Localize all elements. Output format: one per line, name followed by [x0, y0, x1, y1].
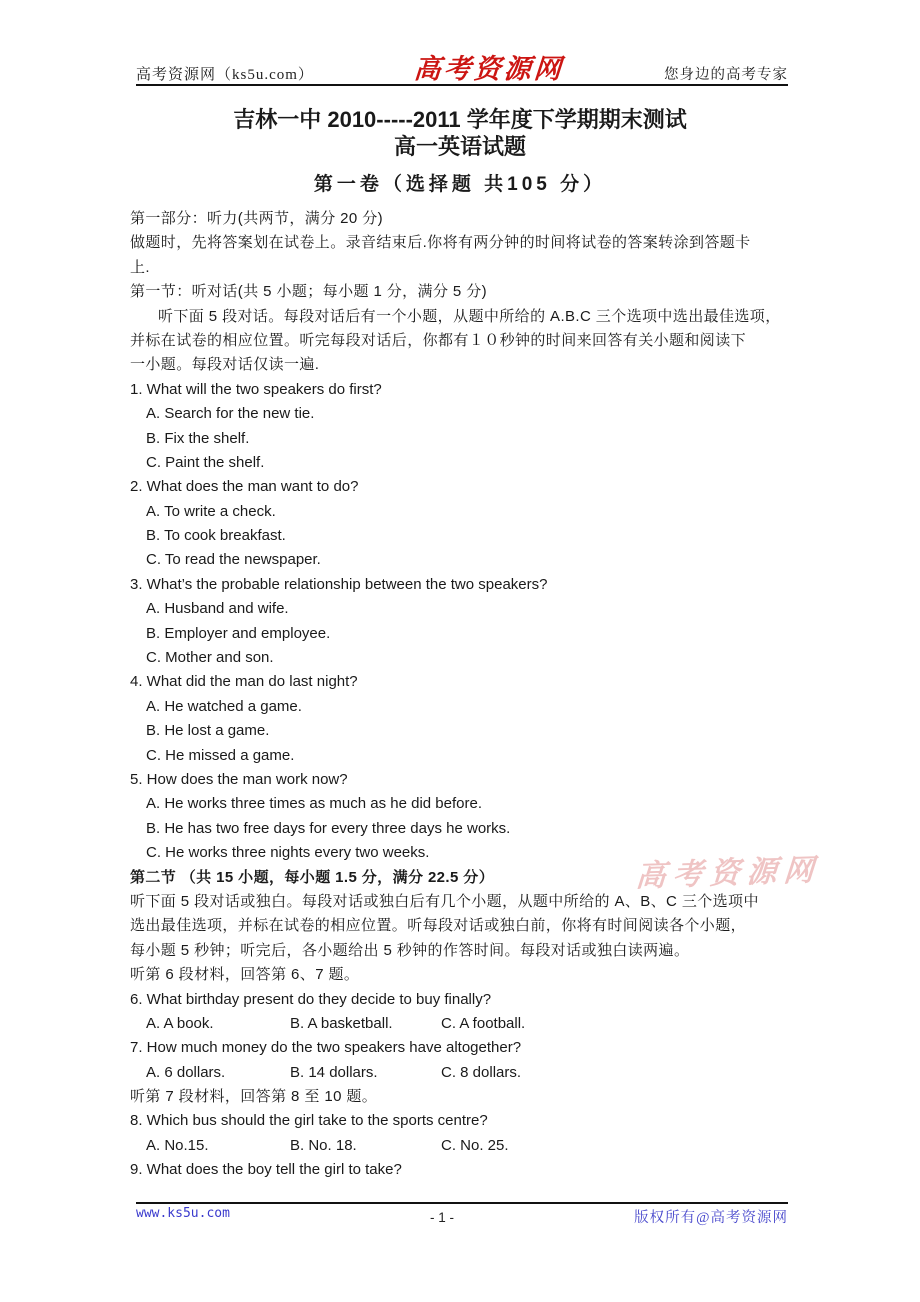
- text-line: 并标在试卷的相应位置。听完每段对话后，你都有１０秒钟的时间来回答有关小题和阅读下: [130, 329, 802, 353]
- option-line: B. Fix the shelf.: [130, 427, 802, 451]
- question-line: 4. What did the man do last night?: [130, 670, 802, 694]
- page-number: - 1 -: [430, 1210, 454, 1225]
- text-line: 听下面 5 段对话。每段对话后有一个小题，从题中所给的 A.B.C 三个选项中选…: [130, 305, 802, 329]
- text-line: 听下面 5 段对话或独白。每段对话或独白后有几个小题，从题中所给的 A、B、C …: [130, 890, 802, 914]
- option-item: B. 14 dollars.: [290, 1061, 441, 1085]
- text-line: 一小题。每段对话仅读一遍.: [130, 353, 802, 377]
- exam-title: 吉林一中 2010-----2011 学年度下学期期末测试: [0, 106, 920, 133]
- option-item: B. A basketball.: [290, 1012, 441, 1036]
- text-line: 第二节 （共 15 小题，每小题 1.5 分，满分 22.5 分）: [130, 866, 802, 890]
- option-item: B. No. 18.: [290, 1134, 441, 1158]
- option-line: B. He has two free days for every three …: [130, 817, 802, 841]
- text-line: 做题时，先将答案划在试卷上。录音结束后.你将有两分钟的时间将试卷的答案转涂到答题…: [130, 231, 802, 255]
- ks5u-logo: 高考资源网: [413, 47, 566, 86]
- option-line: B. Employer and employee.: [130, 622, 802, 646]
- title-block: 吉林一中 2010-----2011 学年度下学期期末测试 高一英语试题 第一卷…: [0, 106, 920, 196]
- option-line: A. To write a check.: [130, 500, 802, 524]
- option-line: C. He missed a game.: [130, 744, 802, 768]
- footer-copyright-link[interactable]: 版权所有@高考资源网: [634, 1206, 788, 1227]
- question-line: 2. What does the man want to do?: [130, 475, 802, 499]
- text-line: 第一部分：听力(共两节，满分 20 分): [130, 207, 802, 231]
- option-line: C. To read the newspaper.: [130, 548, 802, 572]
- header-slogan: 您身边的高考专家: [664, 63, 788, 84]
- options-row: A. 6 dollars.B. 14 dollars.C. 8 dollars.: [130, 1061, 802, 1085]
- page-footer: www.ks5u.com - 1 - 版权所有@高考资源网: [136, 1206, 788, 1227]
- question-line: 5. How does the man work now?: [130, 768, 802, 792]
- option-line: C. Paint the shelf.: [130, 451, 802, 475]
- question-line: 6. What birthday present do they decide …: [130, 988, 802, 1012]
- text-line: 听第 6 段材料，回答第 6、7 题。: [130, 963, 802, 987]
- options-row: A. A book.B. A basketball.C. A football.: [130, 1012, 802, 1036]
- option-item: C. No. 25.: [441, 1134, 509, 1158]
- options-row: A. No.15.B. No. 18.C. No. 25.: [130, 1134, 802, 1158]
- text-line: 听第 7 段材料，回答第 8 至 10 题。: [130, 1085, 802, 1109]
- option-item: A. 6 dollars.: [146, 1061, 290, 1085]
- question-line: 7. How much money do the two speakers ha…: [130, 1036, 802, 1060]
- option-line: B. He lost a game.: [130, 719, 802, 743]
- question-line: 3. What’s the probable relationship betw…: [130, 573, 802, 597]
- option-item: A. A book.: [146, 1012, 290, 1036]
- option-line: C. Mother and son.: [130, 646, 802, 670]
- option-item: C. 8 dollars.: [441, 1061, 521, 1085]
- text-line: 上.: [130, 256, 802, 280]
- option-line: A. He watched a game.: [130, 695, 802, 719]
- footer-divider: [136, 1202, 788, 1204]
- option-line: A. Husband and wife.: [130, 597, 802, 621]
- header-site-name: 高考资源网（ks5u.com）: [136, 63, 314, 84]
- question-line: 1. What will the two speakers do first?: [130, 378, 802, 402]
- exam-paper-page: 高考资源网（ks5u.com） 高考资源网 您身边的高考专家 吉林一中 2010…: [0, 0, 920, 1302]
- exam-subtitle: 高一英语试题: [0, 133, 920, 160]
- option-item: A. No.15.: [146, 1134, 290, 1158]
- text-line: 选出最佳选项，并标在试卷的相应位置。听每段对话或独白前，你将有时间阅读各个小题，: [130, 914, 802, 938]
- text-line: 第一节：听对话(共 5 小题；每小题 1 分，满分 5 分): [130, 280, 802, 304]
- option-line: A. He works three times as much as he di…: [130, 792, 802, 816]
- option-line: A. Search for the new tie.: [130, 402, 802, 426]
- exam-body: 第一部分：听力(共两节，满分 20 分)做题时，先将答案划在试卷上。录音结束后.…: [130, 207, 802, 1183]
- question-line: 9. What does the boy tell the girl to ta…: [130, 1158, 802, 1182]
- option-line: C. He works three nights every two weeks…: [130, 841, 802, 865]
- footer-site-link[interactable]: www.ks5u.com: [136, 1206, 230, 1221]
- header-divider: [136, 84, 788, 86]
- option-item: C. A football.: [441, 1012, 525, 1036]
- page-header: 高考资源网（ks5u.com） 高考资源网 您身边的高考专家: [136, 42, 788, 84]
- text-line: 每小题 5 秒钟；听完后，各小题给出 5 秒钟的作答时间。每段对话或独白读两遍。: [130, 939, 802, 963]
- question-line: 8. Which bus should the girl take to the…: [130, 1109, 802, 1133]
- section-heading: 第一卷（选择题 共105 分）: [0, 169, 920, 196]
- option-line: B. To cook breakfast.: [130, 524, 802, 548]
